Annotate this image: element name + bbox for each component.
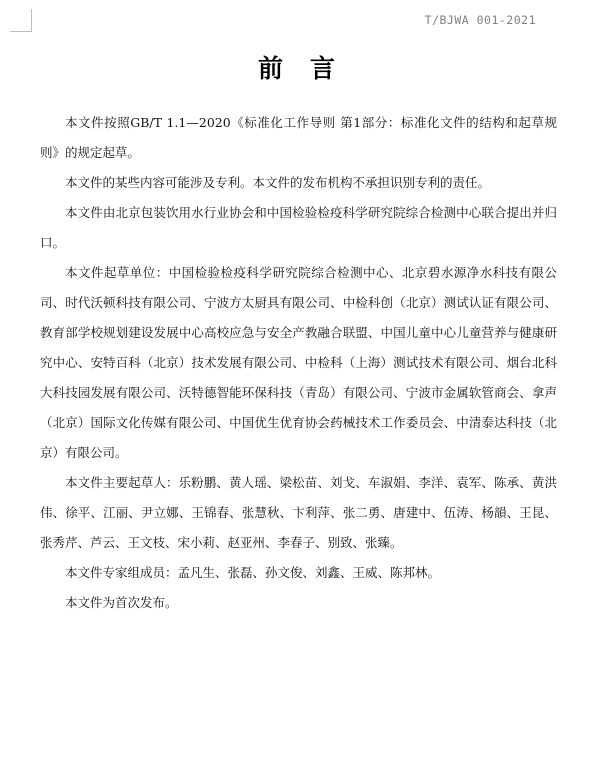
foreword-paragraph-drafting-organizations: 本文件起草单位：中国检验检疫科学研究院综合检测中心、北京碧水源净水科技有限公司、… — [40, 258, 557, 468]
foreword-paragraph-main-drafters: 本文件主要起草人：乐粉鹏、黄人瑶、梁松苗、刘戈、车淑娟、李洋、袁军、陈承、黄洪伟… — [40, 468, 557, 558]
page-margin-corner-mark — [10, 9, 32, 32]
foreword-paragraph-proposed-by: 本文件由北京包装饮用水行业协会和中国检验检疫科学研究院综合检测中心联合提出并归口… — [40, 198, 557, 258]
foreword-paragraph-expert-group: 本文件专家组成员：孟凡生、张磊、孙文俊、刘鑫、王威、陈邦林。 — [40, 558, 557, 588]
foreword-content: 本文件按照GB/T 1.1—2020《标准化工作导则 第1部分：标准化文件的结构… — [40, 108, 557, 618]
foreword-paragraph-first-release: 本文件为首次发布。 — [40, 588, 557, 618]
document-page: T/BJWA 001-2021 前 言 本文件按照GB/T 1.1—2020《标… — [0, 0, 594, 761]
foreword-paragraph-drafting-rules: 本文件按照GB/T 1.1—2020《标准化工作导则 第1部分：标准化文件的结构… — [40, 108, 557, 168]
foreword-paragraph-patent-notice: 本文件的某些内容可能涉及专利。本文件的发布机构不承担识别专利的责任。 — [40, 168, 557, 198]
standard-number: T/BJWA 001-2021 — [425, 13, 536, 27]
